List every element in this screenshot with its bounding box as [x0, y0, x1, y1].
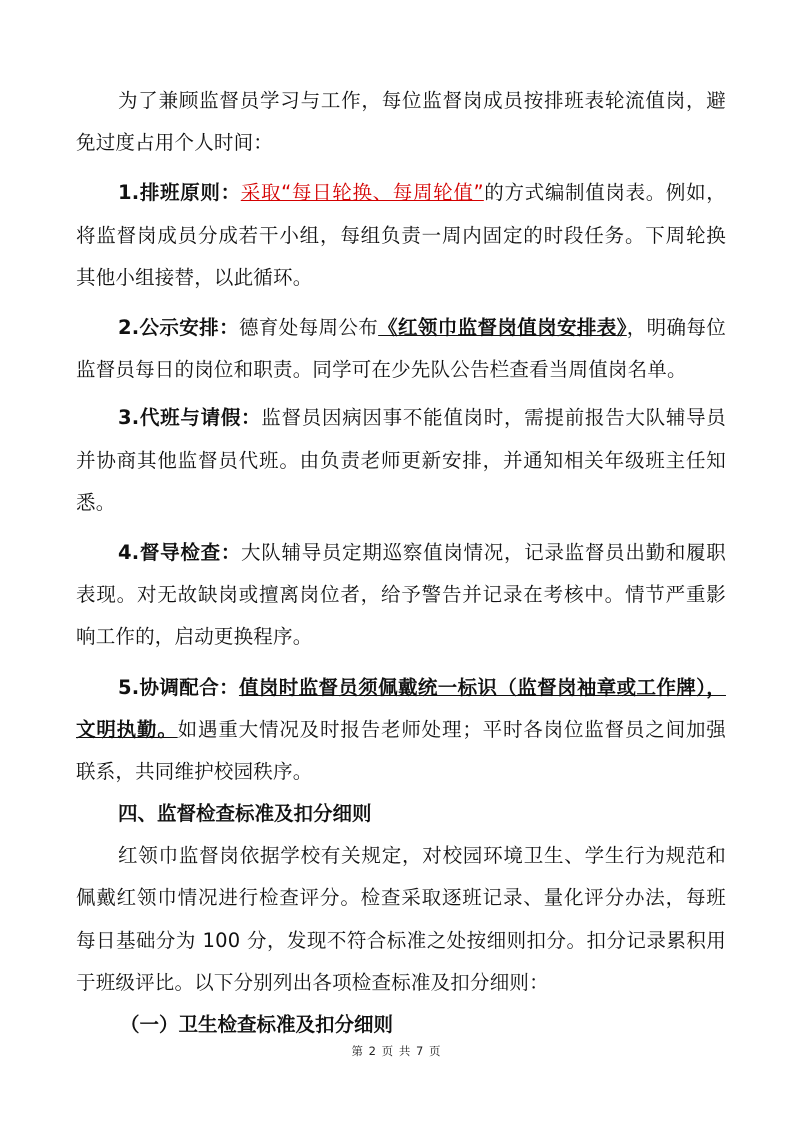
item-2-text-before: 德育处每周公布: [239, 316, 378, 339]
page-footer: 第 2 页 共 7 页: [0, 1043, 793, 1059]
item-1-label: 1.排班原则：: [118, 181, 241, 204]
item-4-paragraph: 4.督导检查：大队辅导员定期巡察值岗情况，记录监督员出勤和履职表现。对无故缺岗或…: [76, 532, 726, 659]
item-1-highlight: 采取“每日轮换、每周轮值”: [241, 181, 484, 204]
section-heading: 四、监督检查标准及扣分细则: [76, 793, 726, 835]
section-body: 红领巾监督岗依据学校有关规定，对校园环境卫生、学生行为规范和佩戴红领巾情况进行检…: [76, 835, 726, 1004]
item-3-label: 3.代班与请假：: [118, 406, 261, 429]
section-body-text: 红领巾监督岗依据学校有关规定，对校园环境卫生、学生行为规范和佩戴红领巾情况进行检…: [76, 844, 726, 994]
document-page: 为了兼顾监督员学习与工作，每位监督岗成员按排班表轮流值岗，避免过度占用个人时间：…: [76, 80, 726, 1046]
item-5-label: 5.协调配合：: [118, 676, 239, 699]
item-2-emphasis: 《红领巾监督岗值岗安排表》: [378, 316, 627, 339]
item-4-label: 4.督导检查：: [118, 541, 241, 564]
item-5-paragraph: 5.协调配合：值岗时监督员须佩戴统一标识（监督岗袖章或工作牌），文明执勤。如遇重…: [76, 667, 726, 794]
item-2-label: 2.公示安排：: [118, 316, 239, 339]
item-3-paragraph: 3.代班与请假：监督员因病因事不能值岗时，需提前报告大队辅导员并协商其他监督员代…: [76, 397, 726, 524]
item-2-paragraph: 2.公示安排：德育处每周公布《红领巾监督岗值岗安排表》，明确每位监督员每日的岗位…: [76, 307, 726, 391]
item-1-paragraph: 1.排班原则：采取“每日轮换、每周轮值”的方式编制值岗表。例如，将监督岗成员分成…: [76, 172, 726, 299]
subsection-heading: （一）卫生检查标准及扣分细则: [76, 1004, 726, 1046]
page-indicator: 第 2 页 共 7 页: [352, 1044, 442, 1058]
intro-paragraph: 为了兼顾监督员学习与工作，每位监督岗成员按排班表轮流值岗，避免过度占用个人时间：: [76, 80, 726, 164]
intro-text: 为了兼顾监督员学习与工作，每位监督岗成员按排班表轮流值岗，避免过度占用个人时间：: [76, 89, 726, 154]
